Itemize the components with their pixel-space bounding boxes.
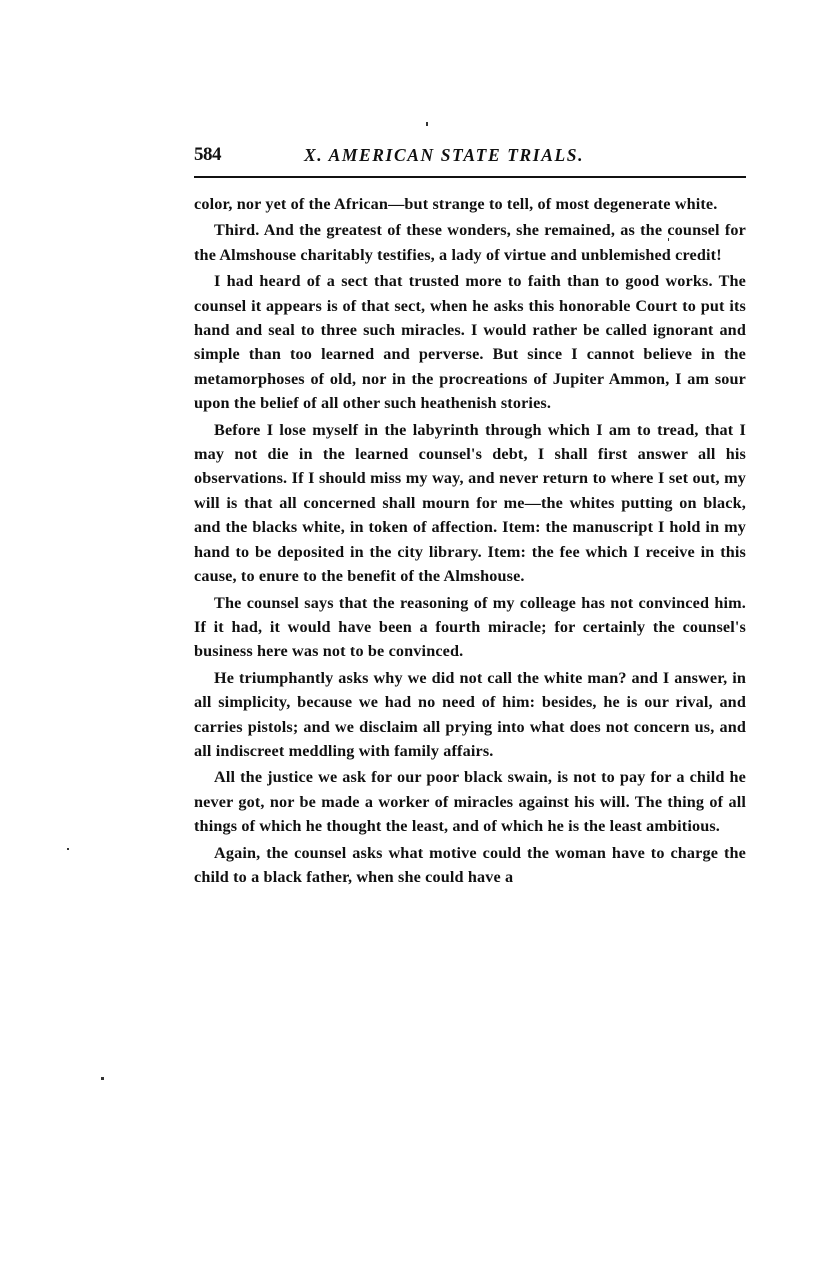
body-text: color, nor yet of the African—but strang… bbox=[194, 192, 746, 891]
paragraph-third-wonder: Third. And the greatest of these wonders… bbox=[194, 218, 746, 267]
page-number: 584 bbox=[194, 140, 221, 170]
paragraph-labyrinth: Before I lose myself in the labyrinth th… bbox=[194, 418, 746, 589]
paragraph-justice: All the justice we ask for our poor blac… bbox=[194, 765, 746, 838]
paragraph-white-man: He triumphantly asks why we did not call… bbox=[194, 666, 746, 764]
scan-speck bbox=[426, 122, 428, 126]
scan-speck bbox=[668, 238, 669, 241]
paragraph-colleague-reasoning: The counsel says that the reasoning of m… bbox=[194, 591, 746, 664]
header-rule bbox=[194, 176, 746, 178]
scan-speck bbox=[67, 848, 69, 850]
book-page: 584 X. AMERICAN STATE TRIALS. color, nor… bbox=[194, 140, 746, 170]
running-title: X. AMERICAN STATE TRIALS. bbox=[304, 140, 584, 170]
running-head: 584 X. AMERICAN STATE TRIALS. bbox=[194, 140, 746, 170]
scan-speck bbox=[101, 1077, 104, 1080]
paragraph-motive: Again, the counsel asks what motive coul… bbox=[194, 841, 746, 890]
paragraph-sect-faith: I had heard of a sect that trusted more … bbox=[194, 269, 746, 415]
paragraph-continuation: color, nor yet of the African—but strang… bbox=[194, 192, 746, 216]
